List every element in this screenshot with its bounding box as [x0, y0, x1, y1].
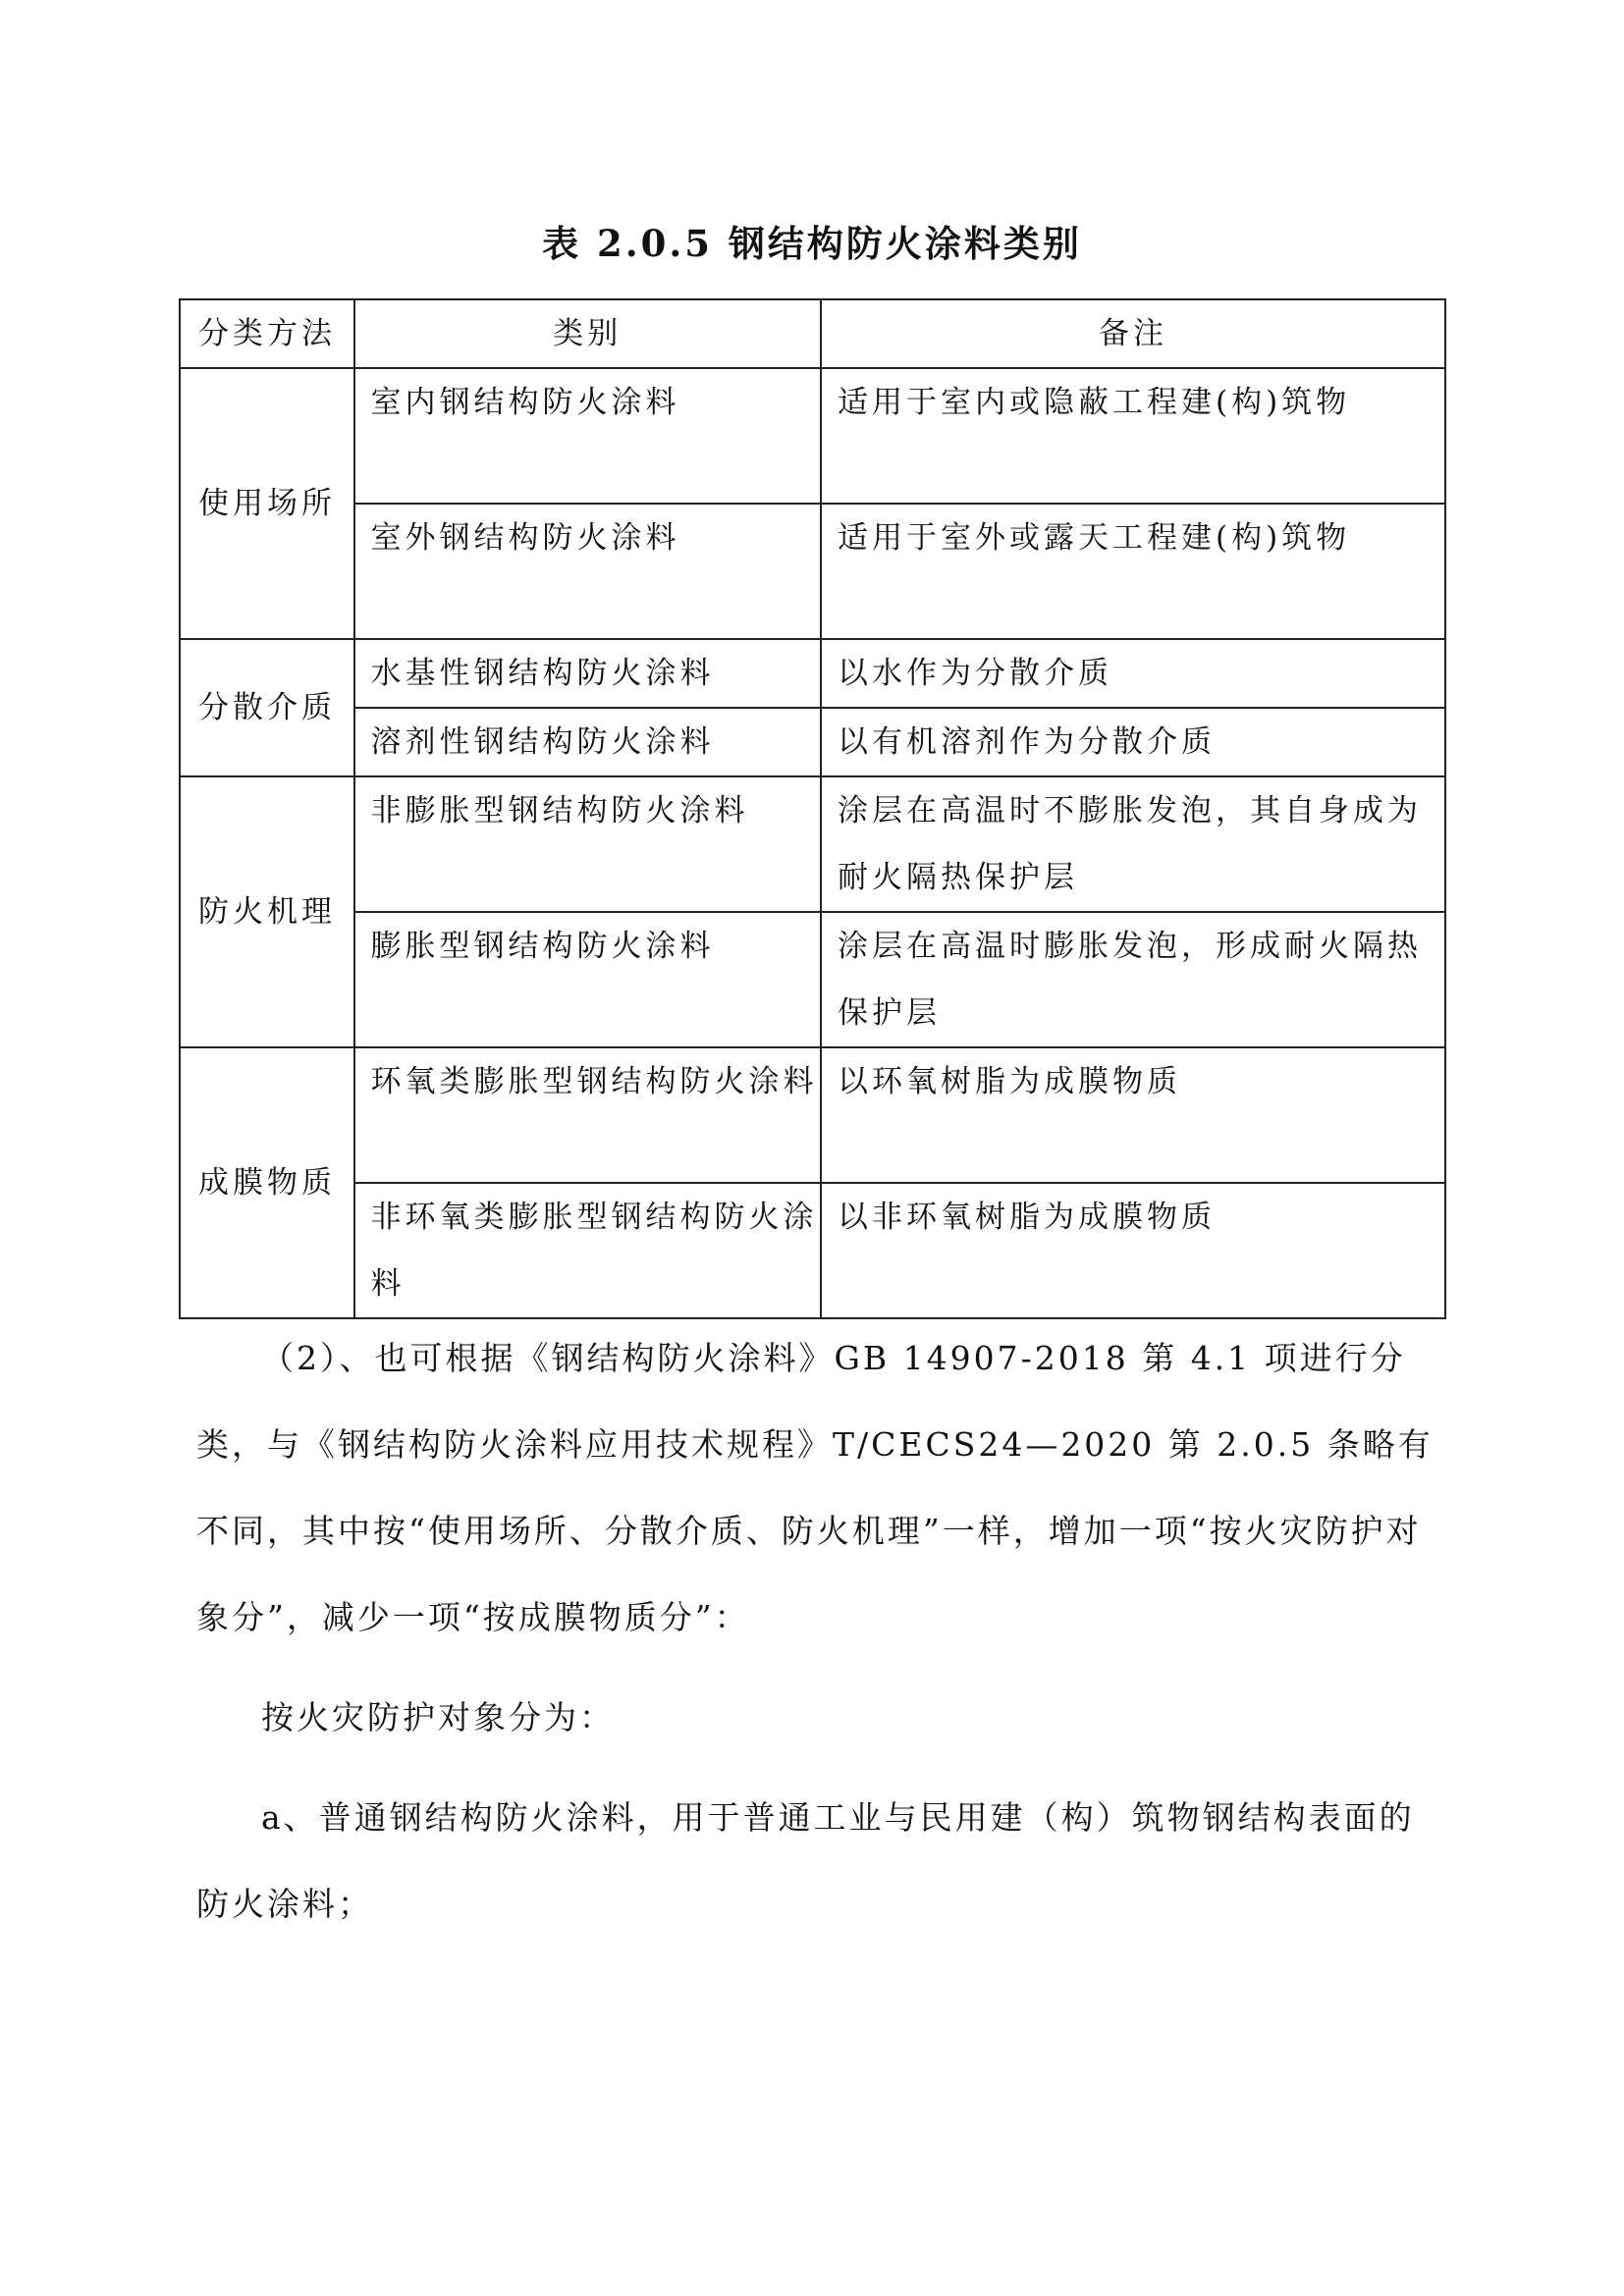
category-cell: 膨胀型钢结构防火涂料 [354, 912, 821, 1047]
table-title: 表 2.0.5 钢结构防火涂料类别 [0, 214, 1624, 267]
header-method: 分类方法 [180, 299, 354, 368]
table-row: 溶剂性钢结构防火涂料 以有机溶剂作为分散介质 [180, 708, 1445, 776]
body-paragraph-1: （2）、也可根据《钢结构防火涂料》GB 14907-2018 第 4.1 项进行… [196, 1315, 1443, 1661]
note-cell: 适用于室外或露天工程建(构)筑物 [821, 504, 1445, 639]
category-cell: 非环氧类膨胀型钢结构防火涂料 [354, 1183, 821, 1318]
table-row: 成膜物质 环氧类膨胀型钢结构防火涂料 以环氧树脂为成膜物质 [180, 1047, 1445, 1183]
body-paragraph-3: a、普通钢结构防火涂料，用于普通工业与民用建（构）筑物钢结构表面的防火涂料； [196, 1775, 1443, 1948]
method-cell: 成膜物质 [180, 1047, 354, 1318]
header-category: 类别 [354, 299, 821, 368]
category-cell: 水基性钢结构防火涂料 [354, 639, 821, 708]
note-cell: 适用于室内或隐蔽工程建(构)筑物 [821, 368, 1445, 504]
coating-category-table: 分类方法 类别 备注 使用场所 室内钢结构防火涂料 适用于室内或隐蔽工程建(构)… [179, 298, 1446, 1319]
method-cell: 使用场所 [180, 368, 354, 639]
note-cell: 以有机溶剂作为分散介质 [821, 708, 1445, 776]
note-cell: 以非环氧树脂为成膜物质 [821, 1183, 1445, 1318]
table-row: 分散介质 水基性钢结构防火涂料 以水作为分散介质 [180, 639, 1445, 708]
table-row: 非环氧类膨胀型钢结构防火涂料 以非环氧树脂为成膜物质 [180, 1183, 1445, 1318]
category-cell: 室外钢结构防火涂料 [354, 504, 821, 639]
header-note: 备注 [821, 299, 1445, 368]
category-cell: 环氧类膨胀型钢结构防火涂料 [354, 1047, 821, 1183]
body-paragraph-2: 按火灾防护对象分为： [196, 1675, 1443, 1761]
note-cell: 以环氧树脂为成膜物质 [821, 1047, 1445, 1183]
table-row: 室外钢结构防火涂料 适用于室外或露天工程建(构)筑物 [180, 504, 1445, 639]
table-row: 膨胀型钢结构防火涂料 涂层在高温时膨胀发泡，形成耐火隔热保护层 [180, 912, 1445, 1047]
table-row: 防火机理 非膨胀型钢结构防火涂料 涂层在高温时不膨胀发泡，其自身成为耐火隔热保护… [180, 776, 1445, 912]
note-cell: 以水作为分散介质 [821, 639, 1445, 708]
table-header-row: 分类方法 类别 备注 [180, 299, 1445, 368]
category-cell: 室内钢结构防火涂料 [354, 368, 821, 504]
method-cell: 防火机理 [180, 776, 354, 1047]
category-cell: 非膨胀型钢结构防火涂料 [354, 776, 821, 912]
note-cell: 涂层在高温时不膨胀发泡，其自身成为耐火隔热保护层 [821, 776, 1445, 912]
note-cell: 涂层在高温时膨胀发泡，形成耐火隔热保护层 [821, 912, 1445, 1047]
method-cell: 分散介质 [180, 639, 354, 776]
category-cell: 溶剂性钢结构防火涂料 [354, 708, 821, 776]
table-row: 使用场所 室内钢结构防火涂料 适用于室内或隐蔽工程建(构)筑物 [180, 368, 1445, 504]
